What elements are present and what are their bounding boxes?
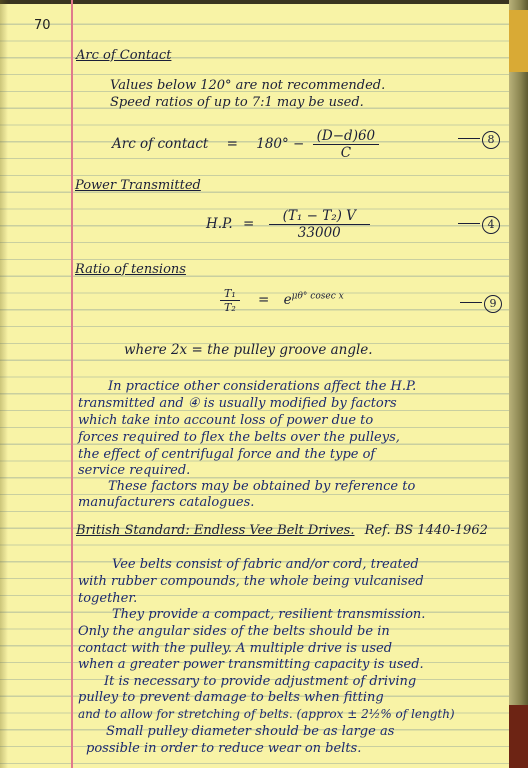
eq-op: = [227,136,238,152]
paragraph-line: the effect of centrifugal force and the … [78,447,375,462]
heading-british-standard: British Standard: Endless Vee Belt Drive… [76,523,488,538]
margin-line [71,0,73,768]
equation-horsepower: H.P. = (T₁ − T₂) V 33000 [206,208,374,241]
equation-arc-of-contact: Arc of contact = 180° − (D−d)60 C [112,128,383,161]
equation-number-circle: 9 [484,295,502,313]
eq-denominator: T₂ [224,301,236,314]
paragraph-line: Small pulley diameter should be as large… [106,724,394,739]
page-shadow [0,0,8,768]
eq-numerator: (D−d)60 [313,128,380,145]
eq-lhs: Arc of contact [112,136,208,152]
leader-dash [460,302,482,303]
eq-op: = [243,216,254,232]
paragraph-line: together. [78,591,137,606]
index-tab-yellow [509,10,528,72]
equation-ref-9: 9 [460,292,502,313]
eq-numerator: (T₁ − T₂) V [269,208,370,225]
eq-exponent: μθ° cosec x [292,292,344,302]
bs-reference: Ref. BS 1440-1962 [365,523,488,538]
eq-denominator: C [341,145,351,161]
heading-ratio-of-tensions: Ratio of tensions [75,262,186,277]
arc-note-1: Values below 120° are not recommended. [110,78,385,93]
eq-lhs: H.P. [206,216,233,232]
paragraph-line: transmitted and ④ is usually modified by… [78,396,397,411]
paragraph-line: Only the angular sides of the belts shou… [78,624,390,639]
eq-const: 180° − [256,136,304,152]
paragraph-line: service required. [78,463,190,478]
arc-note-2: Speed ratios of up to 7:1 may be used. [110,95,364,110]
paragraph-line: pulley to prevent damage to belts when f… [78,690,384,705]
equation-tension-ratio: T₁ T₂ = eμθ° cosec x [216,287,344,314]
eq-base: e [284,292,292,308]
paragraph-line: manufacturers catalogues. [78,495,254,510]
paragraph-line: It is necessary to provide adjustment of… [104,674,416,689]
paragraph-line: when a greater power transmitting capaci… [78,657,424,672]
index-tab-red [509,705,528,768]
eq-fraction: (T₁ − T₂) V 33000 [269,208,370,241]
eq-op: = [258,292,269,308]
eq-numerator: T₁ [220,287,240,301]
equation-ref-4: 4 [458,213,500,234]
paragraph-line: with rubber compounds, the whole being v… [78,574,424,589]
paragraph-line: which take into account loss of power du… [78,413,373,428]
page-number: 70 [34,18,51,33]
heading-arc-of-contact: Arc of Contact [76,48,171,63]
paragraph-line: Vee belts consist of fabric and/or cord,… [112,557,419,572]
leader-dash [458,223,480,224]
page-binding-edge [509,0,528,768]
paragraph-line: possible in order to reduce wear on belt… [86,741,361,756]
heading-power-transmitted: Power Transmitted [75,178,201,193]
groove-angle-note: where 2x = the pulley groove angle. [124,342,373,358]
paragraph-line: forces required to flex the belts over t… [78,430,400,445]
page-top-edge [0,0,528,4]
eq-denominator: 33000 [298,225,341,241]
equation-number-circle: 4 [482,216,500,234]
leader-dash [458,138,480,139]
equation-number-circle: 8 [482,131,500,149]
eq-fraction: T₁ T₂ [220,287,240,314]
equation-ref-8: 8 [458,128,500,149]
notebook-page: 70 Arc of Contact Values below 120° are … [0,0,528,768]
bs-heading-text: British Standard: Endless Vee Belt Drive… [76,523,354,538]
paragraph-line: contact with the pulley. A multiple driv… [78,641,392,656]
paragraph-line: These factors may be obtained by referen… [108,479,415,494]
paragraph-line: They provide a compact, resilient transm… [112,607,425,622]
paragraph-line: In practice other considerations affect … [108,379,416,394]
paragraph-line: and to allow for stretching of belts. (a… [78,707,455,721]
eq-fraction: (D−d)60 C [313,128,380,161]
